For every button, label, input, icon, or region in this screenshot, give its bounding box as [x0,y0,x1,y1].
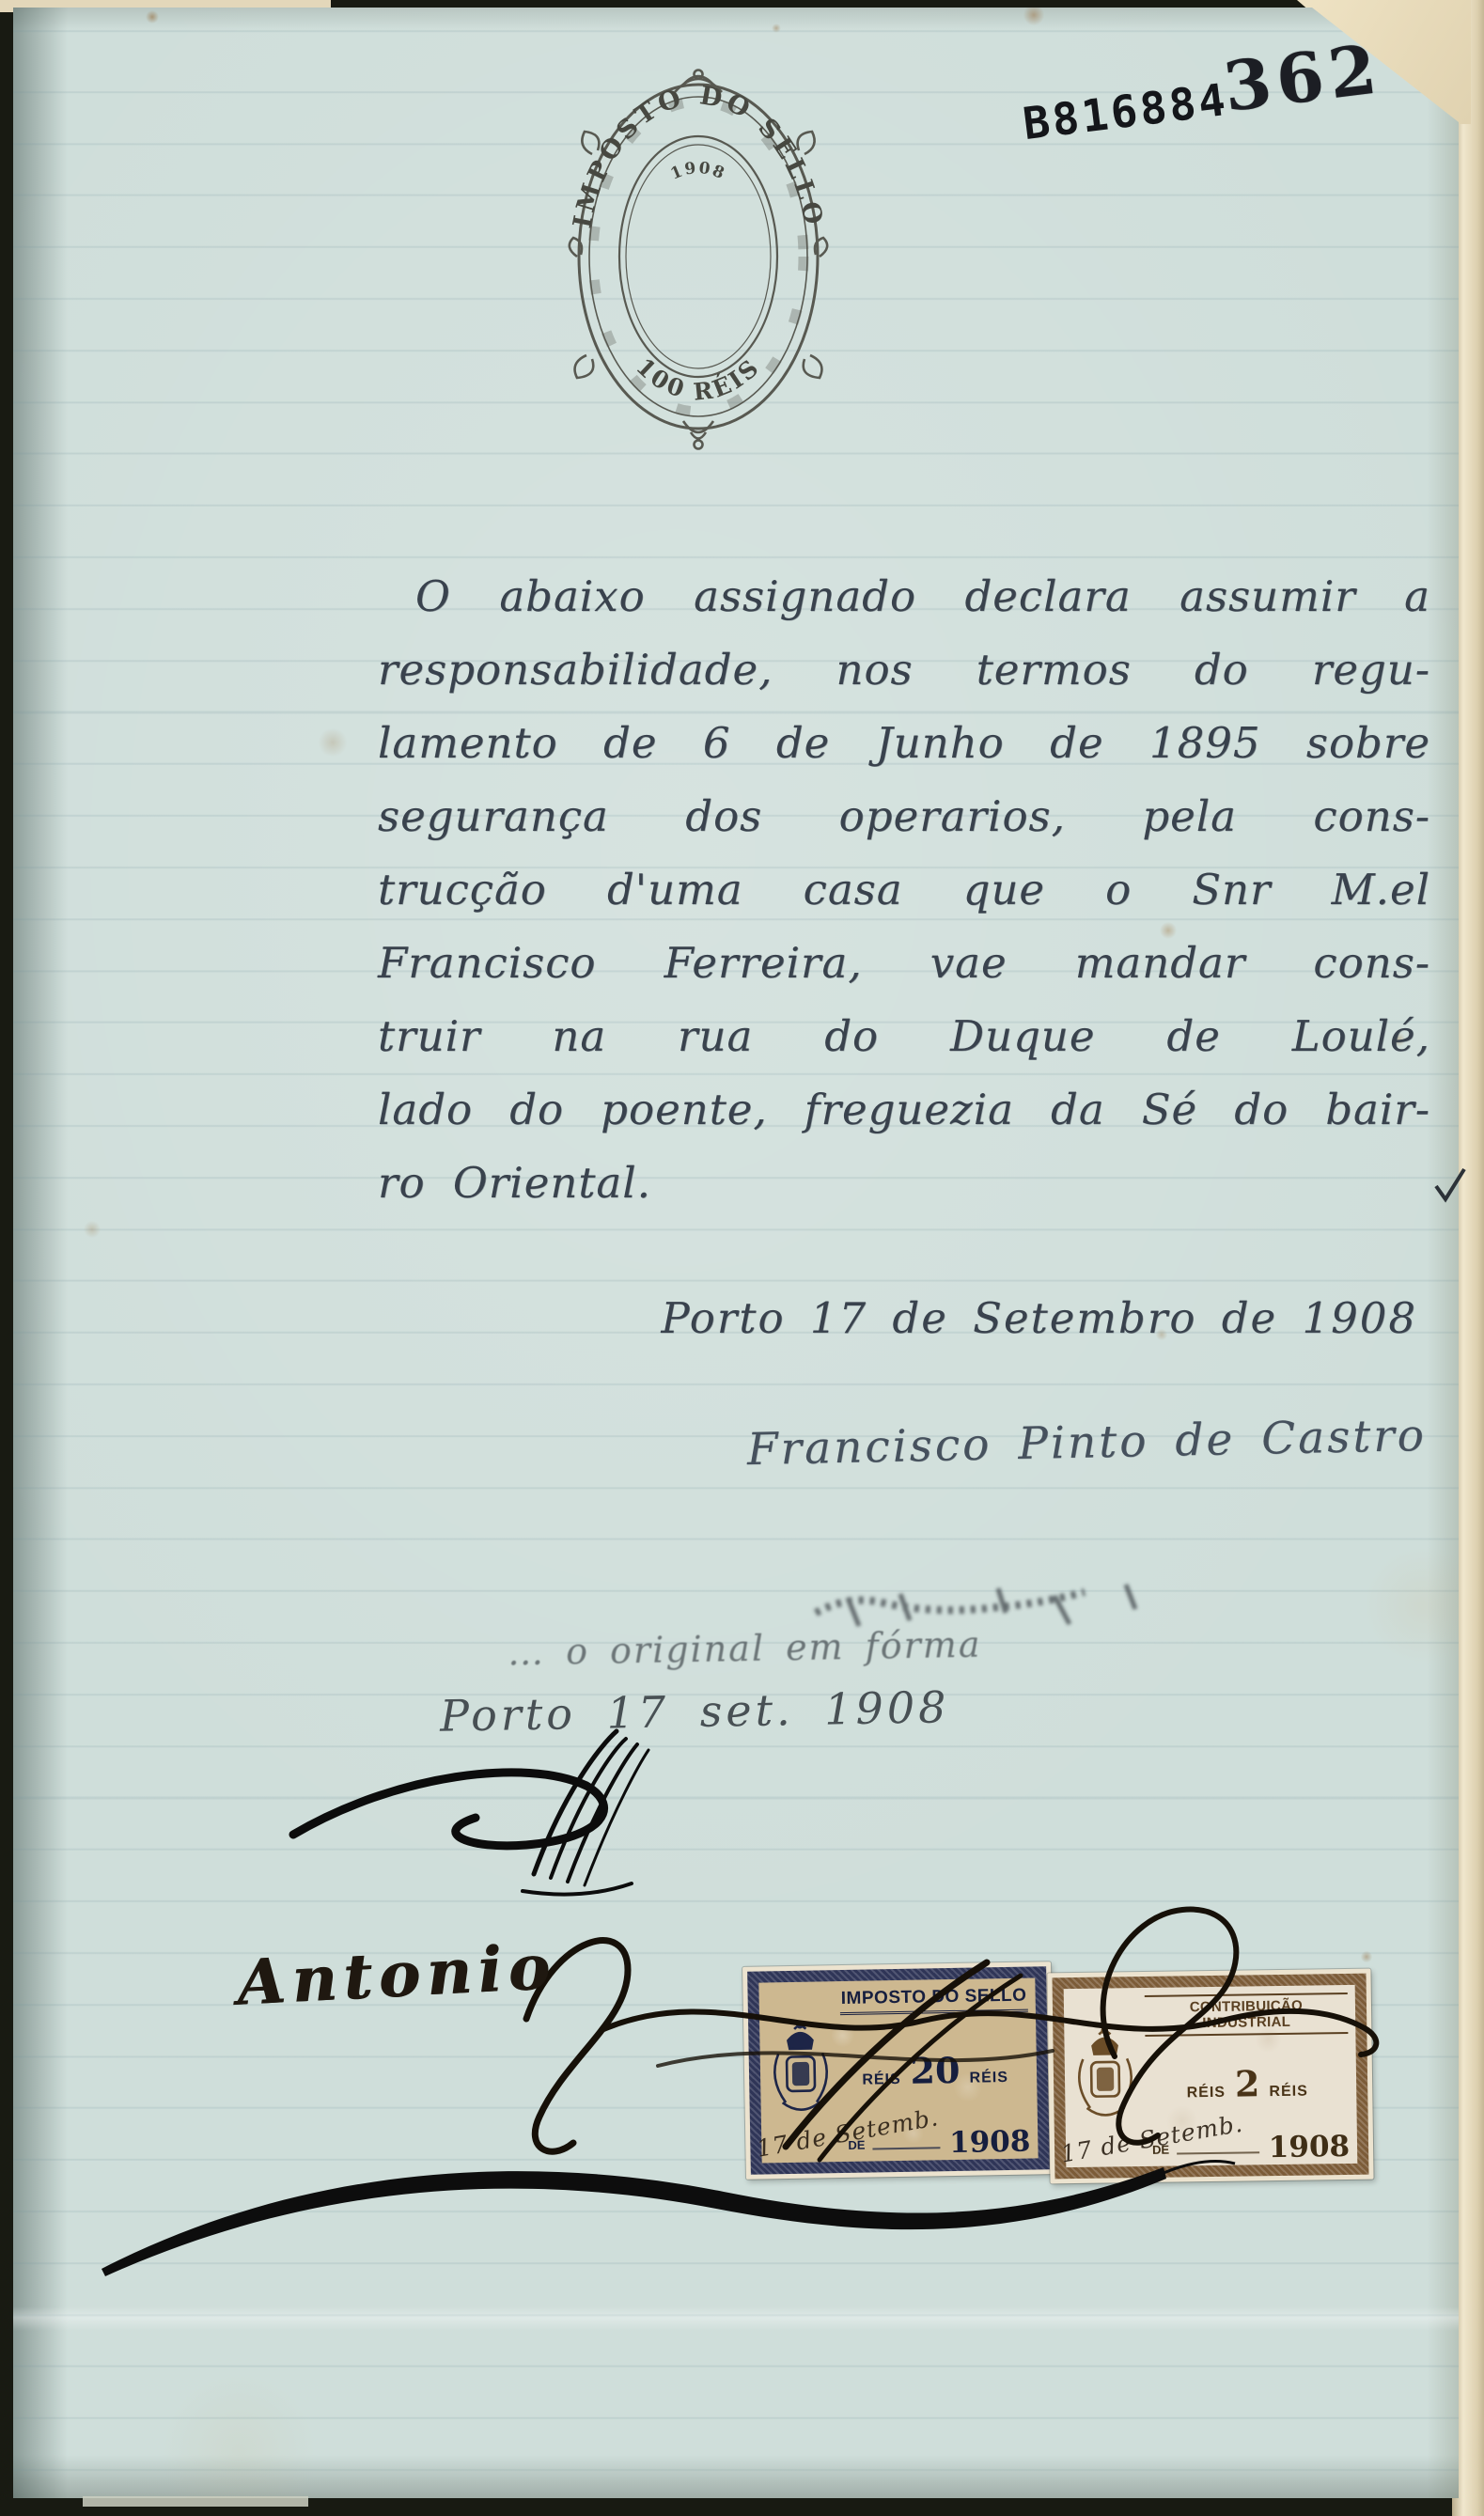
stamp-denomination: 2 [1235,2070,1260,2098]
stamp-denomination: 20 [910,2055,960,2085]
revenue-stamp-imposto-sello: IMPOSTO DO SELLO RÉIS 20 RÉIS DE 1908 17… [742,1961,1054,2180]
handwritten-line: ro Oriental. [378,1147,1430,1220]
seal-arc-top-text: IMPOSTO DO SELLO [568,81,828,230]
seal-arc-bottom-text: 100 RÉIS [631,352,765,405]
reis-label: RÉIS [1187,2084,1226,2102]
handwritten-line: Francisco Ferreira, vae mandar cons- [378,927,1430,1000]
handwritten-line: responsabilidade, nos termos do regu- [378,633,1430,707]
handwritten-line: segurança dos operarios, pela cons- [378,780,1430,853]
stamp-value: RÉIS 20 RÉIS [841,2055,1030,2088]
handwritten-line: lamento de 6 de Junho de 1895 sobre [378,707,1430,780]
stamp-title: IMPOSTO DO SELLO [839,1986,1027,2015]
handwritten-line: trucção d'uma casa que o Snr M.el [378,853,1430,927]
date-blank-line [872,2147,940,2149]
date-blank-line [1177,2151,1259,2154]
reis-label: RÉIS [862,2071,901,2088]
handwritten-line: truir na rua do Duque de Loulé, [378,1000,1430,1073]
office-stamp-text: … o original em fórma [508,1624,982,1674]
svg-text:100 RÉIS: 100 RÉIS [631,352,765,405]
stamp-year: 1908 [1269,2133,1351,2161]
office-stamp-date: Porto 17 set. 1908 [440,1681,950,1741]
stamp-title: CONTRIBUIÇÃO INDUSTRIAL [1145,1992,1349,2037]
svg-text:IMPOSTO DO SELLO: IMPOSTO DO SELLO [568,81,828,230]
underlying-page-bottom-sliver [83,2496,308,2507]
handwritten-line: O abaixo assignado declara assumir a [378,560,1430,633]
reis-label: RÉIS [1269,2083,1308,2101]
reis-label: RÉIS [969,2069,1008,2086]
date-line: Porto 17 de Setembro de 1908 [365,1293,1417,1343]
embossed-tax-seal-icon: IMPOSTO DO SELLO 1908 100 RÉIS [543,45,853,459]
handwritten-declaration: O abaixo assignado declara assumir aresp… [378,560,1430,1220]
handwritten-line: lado do poente, freguezia da Sé do bair- [378,1073,1430,1147]
stamp-year: 1908 [949,2129,1031,2157]
document-photo: IMPOSTO DO SELLO 1908 100 RÉIS B816884 3… [0,0,1484,2516]
seal-year-text: 1908 [668,159,729,184]
svg-text:1908: 1908 [668,159,729,184]
revenue-stamp-contribuicao-industrial: CONTRIBUIÇÃO INDUSTRIAL RÉIS 2 RÉIS DE 1… [1047,1969,1373,2184]
